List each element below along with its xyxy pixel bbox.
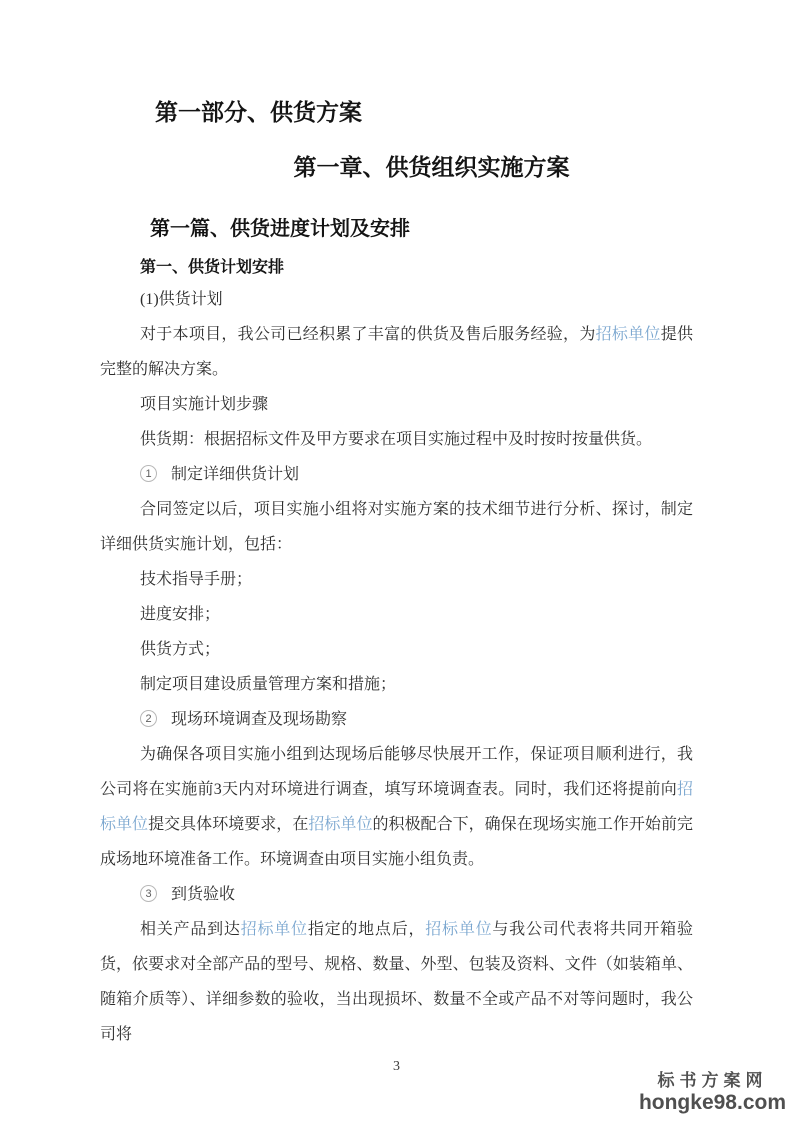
text-run: 合同签定以后，项目实施小组将对实施方案的技术细节进行分析、探讨，制定详细供货实施… (100, 501, 693, 553)
text-run: 制定详细供货计划 (171, 466, 299, 483)
watermark-site-url: hongke98.com (639, 1091, 786, 1115)
paragraph: 进度安排； (100, 597, 693, 632)
highlighted-term: 招标单位 (308, 816, 372, 833)
text-run: 相关产品到达 (140, 921, 241, 938)
circled-number-icon: 2 (140, 710, 157, 727)
page-content: 第一部分、供货方案 第一章、供货组织实施方案 第一篇、供货进度计划及安排 第一、… (100, 0, 693, 1052)
text-run: 对于本项目，我公司已经积累了丰富的供货及售后服务经验，为 (140, 326, 596, 343)
watermark: 标书方案网 hongke98.com (639, 1071, 786, 1115)
numbered-item: 3到货验收 (100, 877, 693, 912)
watermark-site-name: 标书方案网 (639, 1071, 786, 1091)
heading-section: 第一篇、供货进度计划及安排 (150, 216, 693, 243)
text-run: 制定项目建设质量管理方案和措施； (140, 676, 396, 693)
paragraph: 制定项目建设质量管理方案和措施； (100, 667, 693, 702)
text-run: 到货验收 (171, 886, 235, 903)
text-run: 指定的地点后， (308, 921, 425, 938)
paragraph: 合同签定以后，项目实施小组将对实施方案的技术细节进行分析、探讨，制定详细供货实施… (100, 492, 693, 562)
document-page: 第一部分、供货方案 第一章、供货组织实施方案 第一篇、供货进度计划及安排 第一、… (0, 0, 793, 1122)
text-run: 供货方式； (140, 641, 220, 658)
paragraph: 技术指导手册； (100, 562, 693, 597)
paragraph: 对于本项目，我公司已经积累了丰富的供货及售后服务经验，为招标单位提供完整的解决方… (100, 317, 693, 387)
text-run: 技术指导手册； (140, 571, 252, 588)
heading-chapter: 第一章、供货组织实施方案 (170, 152, 693, 183)
text-run: 项目实施计划步骤 (140, 396, 268, 413)
numbered-item: 2现场环境调查及现场勘察 (100, 702, 693, 737)
text-run: 提交具体环境要求，在 (148, 816, 308, 833)
text-run: (1)供货计划 (140, 291, 223, 308)
heading-subsection: 第一、供货计划安排 (140, 257, 693, 279)
circled-number-icon: 3 (140, 885, 157, 902)
paragraph: 为确保各项目实施小组到达现场后能够尽快展开工作，保证项目顺利进行，我公司将在实施… (100, 737, 693, 877)
text-run: 与我公司代表将共同开箱验货，依要求对全部产品的型号、规格、数量、外型、包装及资料… (100, 921, 693, 1043)
paragraph: 相关产品到达招标单位指定的地点后，招标单位与我公司代表将共同开箱验货，依要求对全… (100, 912, 693, 1052)
highlighted-term: 招标单位 (241, 921, 308, 938)
document-body: (1)供货计划对于本项目，我公司已经积累了丰富的供货及售后服务经验，为招标单位提… (100, 282, 693, 1052)
text-run: 为确保各项目实施小组到达现场后能够尽快展开工作，保证项目顺利进行，我公司将在实施… (100, 746, 693, 798)
text-run: 供货期：根据招标文件及甲方要求在项目实施过程中及时按时按量供货。 (140, 431, 652, 448)
paragraph: 项目实施计划步骤 (100, 387, 693, 422)
highlighted-term: 招标单位 (596, 326, 661, 343)
circled-number-icon: 1 (140, 465, 157, 482)
highlighted-term: 招标单位 (425, 921, 492, 938)
numbered-item: 1制定详细供货计划 (100, 457, 693, 492)
paragraph: (1)供货计划 (100, 282, 693, 317)
paragraph: 供货期：根据招标文件及甲方要求在项目实施过程中及时按时按量供货。 (100, 422, 693, 457)
paragraph: 供货方式； (100, 632, 693, 667)
text-run: 进度安排； (140, 606, 220, 623)
heading-part: 第一部分、供货方案 (155, 97, 693, 128)
text-run: 现场环境调查及现场勘察 (171, 711, 347, 728)
